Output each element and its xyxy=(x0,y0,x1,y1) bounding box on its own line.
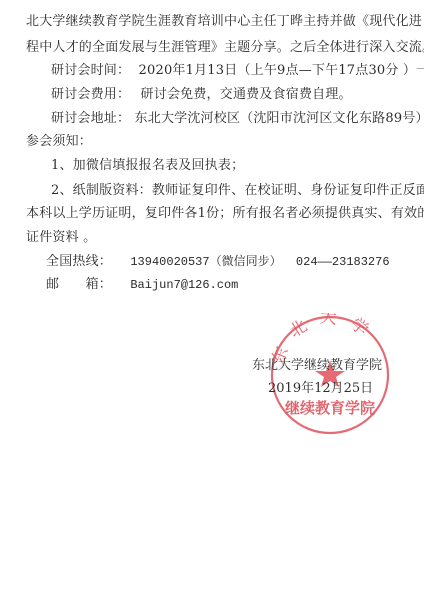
signature-date: 2019年12月25日 xyxy=(268,381,373,396)
address-label: 研讨会地址： xyxy=(51,111,130,126)
hotline-label: 全国热线： xyxy=(46,254,112,269)
seminar-time: 研讨会时间： 2020年1月13日（上午9点—下午17点30分 ）一天 xyxy=(51,63,424,78)
seminar-address: 研讨会地址： 东北大学沈河校区（沈阳市沈河区文化东路89号） xyxy=(51,111,424,126)
seminar-fee: 研讨会费用： 研讨会免费，交通费及食宿费自理。 xyxy=(51,87,352,102)
email-label: 邮 箱： xyxy=(46,277,112,292)
email: 邮 箱： Baijun7@126.com xyxy=(46,277,238,293)
notice-item-2-line-1: 2、纸制版资料：教师证复印件、在校证明、身份证复印件正反面， xyxy=(51,183,424,198)
seal-center-text: 继续教育学院 xyxy=(285,399,375,417)
fee-label: 研讨会费用： xyxy=(51,87,130,102)
notice-item-2-line-2: 本科以上学历证明，复印件各1份；所有报名者必须提供真实、有效的 xyxy=(26,206,424,221)
document-page: 北大学继续教育学院生涯教育培训中心主任丁晔主持并做《现代化进 程中人才的全面发展… xyxy=(0,0,424,615)
hotline-mobile: 13940020537（微信同步） xyxy=(130,255,281,269)
notice-item-2-line-3: 证件资料 。 xyxy=(26,230,96,245)
time-label: 研讨会时间： xyxy=(51,63,130,78)
time-value: 2020年1月13日（上午9点—下午17点30分 ）一天 xyxy=(139,63,424,78)
hotline-landline: 024——23183276 xyxy=(296,255,390,269)
email-value: Baijun7@126.com xyxy=(130,278,238,292)
signature-organization: 东北大学继续教育学院 xyxy=(252,358,382,373)
hotline: 全国热线： 13940020537（微信同步） 024——23183276 xyxy=(46,254,390,270)
intro-line-1: 北大学继续教育学院生涯教育培训中心主任丁晔主持并做《现代化进 xyxy=(26,14,422,29)
intro-line-2: 程中人才的全面发展与生涯管理》主题分享。之后全体进行深入交流。 xyxy=(26,40,424,55)
notice-item-1: 1、加微信填报报名表及回执表； xyxy=(51,158,244,173)
notice-heading: 参会须知： xyxy=(26,134,92,149)
address-value: 东北大学沈河校区（沈阳市沈河区文化东路89号） xyxy=(135,111,424,126)
fee-value: 研讨会免费，交通费及食宿费自理。 xyxy=(141,87,352,102)
official-seal-icon: 东北大学 继续教育学院 xyxy=(268,313,392,437)
